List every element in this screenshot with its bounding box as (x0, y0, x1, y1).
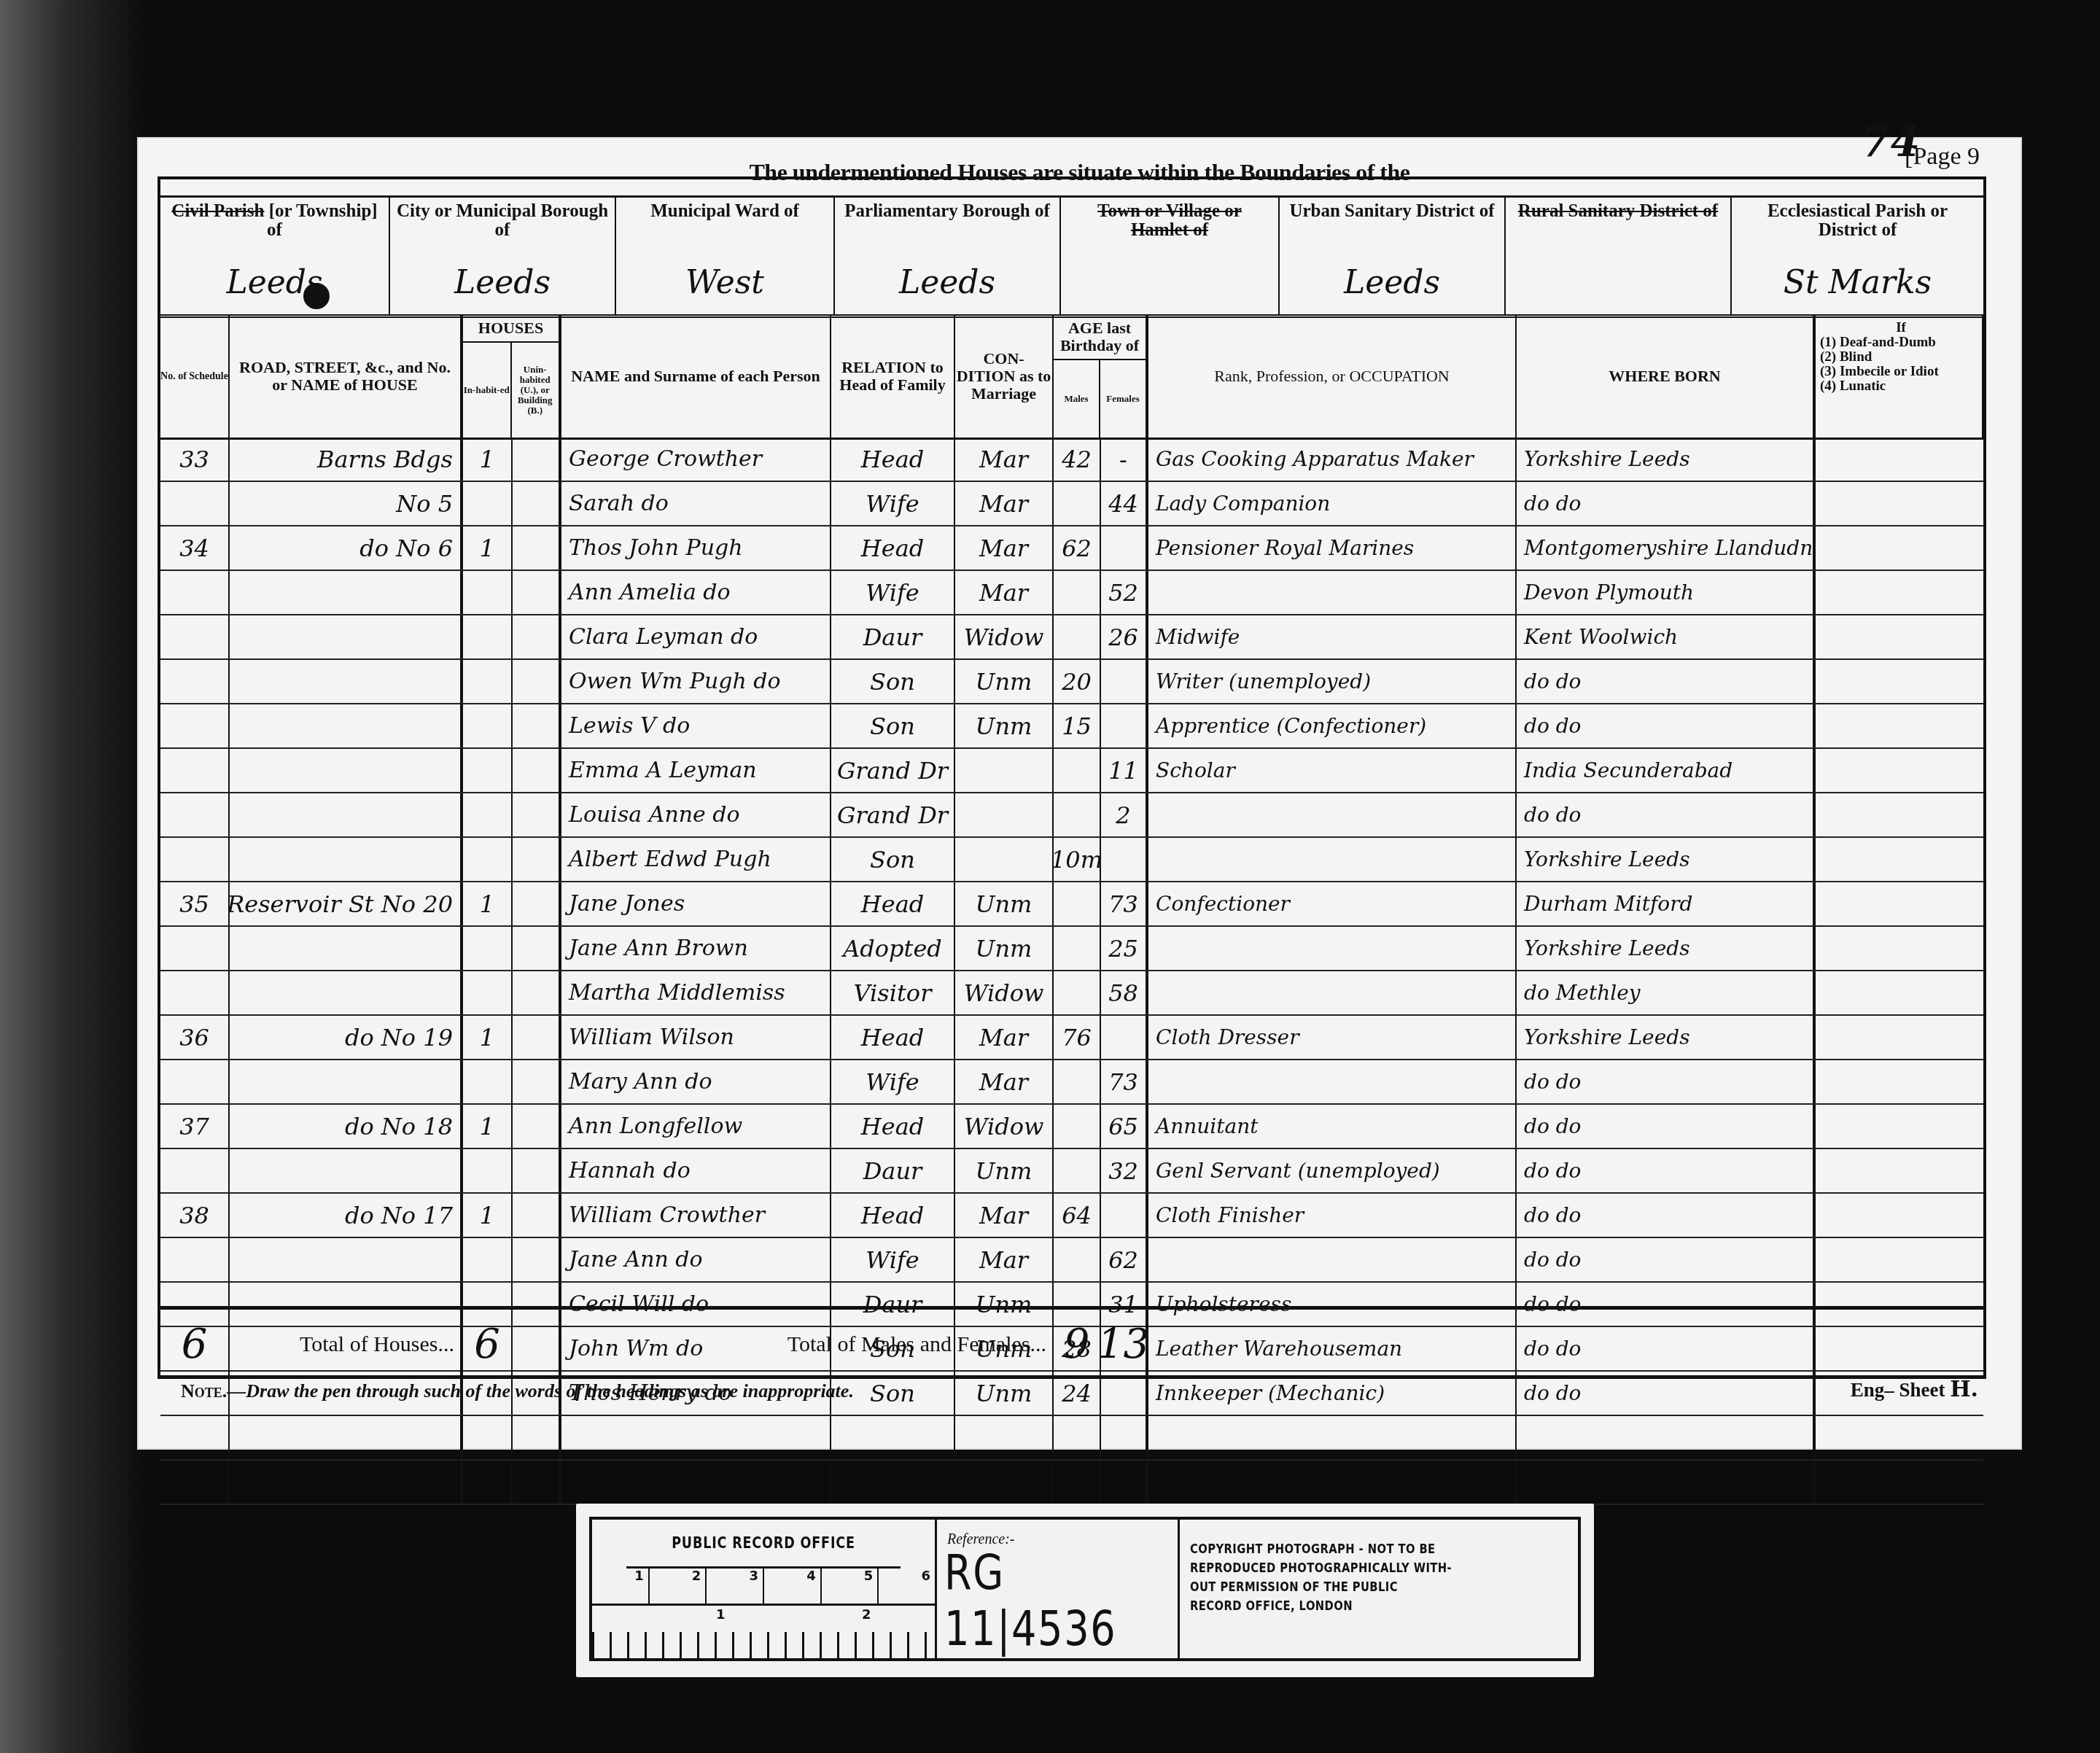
schedule-cell (160, 615, 230, 658)
relation-cell: Son (831, 660, 955, 703)
uninhabited-cell (513, 482, 561, 525)
measurement-ruler: 1 2 (592, 1606, 935, 1658)
stamp-frame: PUBLIC RECORD OFFICE 123456 1 2 Referenc… (589, 1517, 1581, 1661)
address-cell: Reservoir St No 20 (230, 882, 463, 925)
male-age-cell (1054, 1060, 1101, 1103)
schedule-cell (160, 1238, 230, 1281)
uninhabited-cell (513, 1194, 561, 1237)
male-age-cell (1054, 1416, 1101, 1459)
address-cell (230, 704, 463, 747)
copyright-notice: COPYRIGHT PHOTOGRAPH - NOT TO BE REPRODU… (1180, 1520, 1578, 1658)
pro-number-boxes: 123456 (592, 1569, 935, 1606)
pro-box: 1 (592, 1569, 650, 1604)
male-age-cell (1054, 793, 1101, 836)
infirmity-cell (1816, 838, 1983, 881)
female-age-cell (1101, 704, 1148, 747)
totals-houses-label: Total of Houses... (230, 1310, 463, 1379)
where-born-cell: do do (1517, 1060, 1816, 1103)
uninhabited-cell (513, 660, 561, 703)
pro-box: 4 (764, 1569, 822, 1604)
header-where-born: WHERE BORN (1517, 315, 1816, 438)
name-cell: George Crowther (561, 438, 831, 481)
where-born-cell: Durham Mitford (1517, 882, 1816, 925)
relation-cell: Daur (831, 615, 955, 658)
uninhabited-cell (513, 927, 561, 970)
female-age-cell (1101, 1016, 1148, 1059)
male-age-cell (1054, 1149, 1101, 1192)
address-cell (230, 1060, 463, 1103)
male-age-cell: 20 (1054, 660, 1101, 703)
header-label: NAME and Surname of each Person (571, 368, 820, 385)
inhabited-cell (463, 660, 513, 703)
where-born-cell: do do (1517, 482, 1816, 525)
name-cell: Clara Leyman do (561, 615, 831, 658)
address-cell: No 5 (230, 482, 463, 525)
address-cell (230, 615, 463, 658)
name-cell: William Wilson (561, 1016, 831, 1059)
infirmity-option: (3) Imbecile or Idiot (1820, 365, 1939, 379)
infirmity-cell (1816, 660, 1983, 703)
address-cell (230, 749, 463, 792)
male-age-cell: 76 (1054, 1016, 1101, 1059)
occupation-cell (1148, 1461, 1517, 1504)
name-cell: Ann Amelia do (561, 571, 831, 614)
uninhabited-cell (513, 526, 561, 570)
inhabited-cell: 1 (463, 526, 513, 570)
table-row: Louisa Anne doGrand Dr2do do (160, 793, 1983, 838)
struck-label: Civil Parish (171, 201, 264, 221)
table-row: 37do No 181Ann LongfellowHeadWidow65Annu… (160, 1105, 1983, 1149)
female-age-cell: 58 (1101, 971, 1148, 1014)
male-age-cell (1054, 571, 1101, 614)
male-age-cell: 62 (1054, 526, 1101, 570)
header-relation: RELATION to Head of Family (831, 315, 955, 438)
address-cell (230, 1461, 463, 1504)
header-label: AGE last Birthday of (1054, 315, 1146, 359)
schedule-cell (160, 793, 230, 836)
relation-cell: Head (831, 526, 955, 570)
where-born-cell: Devon Plymouth (1517, 571, 1816, 614)
schedule-cell (160, 1416, 230, 1459)
relation-cell: Grand Dr (831, 793, 955, 836)
name-cell: Sarah do (561, 482, 831, 525)
uninhabited-cell (513, 1149, 561, 1192)
inhabited-cell (463, 482, 513, 525)
header-label: WHERE BORN (1609, 368, 1720, 385)
infirmity-cell (1816, 749, 1983, 792)
uninhabited-cell (513, 1105, 561, 1148)
district-label: Municipal Ward of (622, 202, 828, 221)
where-born-cell: do do (1517, 793, 1816, 836)
male-age-cell (1054, 1105, 1101, 1148)
relation-cell: Adopted (831, 927, 955, 970)
uninhabited-cell (513, 1416, 561, 1459)
table-row: Albert Edwd PughSon10mYorkshire Leeds (160, 838, 1983, 882)
relation-cell: Head (831, 1194, 955, 1237)
inhabited-cell: 1 (463, 438, 513, 481)
male-age-cell (1054, 482, 1101, 525)
relation-cell (831, 1461, 955, 1504)
district-civil-parish: Civil Parish [or Township] of Leeds (160, 198, 390, 314)
inhabited-cell (463, 1238, 513, 1281)
where-born-cell: do do (1517, 1149, 1816, 1192)
table-row: Hannah doDaurUnm32Genl Servant (unemploy… (160, 1149, 1983, 1194)
table-row: Emma A LeymanGrand Dr11ScholarIndia Secu… (160, 749, 1983, 793)
pro-box: 3 (707, 1569, 764, 1604)
name-cell: Hannah do (561, 1149, 831, 1192)
district-label: Urban Sanitary District of (1286, 202, 1498, 221)
office-title: PUBLIC RECORD OFFICE (626, 1520, 901, 1569)
infirmity-cell (1816, 526, 1983, 570)
inhabited-cell: 1 (463, 1016, 513, 1059)
occupation-cell: Annuitant (1148, 1105, 1517, 1148)
inhabited-cell: 1 (463, 1194, 513, 1237)
occupation-cell (1148, 571, 1517, 614)
copyright-line: COPYRIGHT PHOTOGRAPH - NOT TO BE (1190, 1540, 1500, 1559)
district-header: Civil Parish [or Township] of Leeds City… (160, 195, 1983, 318)
female-age-cell: 25 (1101, 927, 1148, 970)
condition-cell: Unm (955, 927, 1054, 970)
female-age-cell (1101, 838, 1148, 881)
inhabited-cell (463, 749, 513, 792)
age-subheaders: Males Females (1054, 359, 1146, 438)
header-condition: CON-DITION as to Marriage (955, 315, 1054, 438)
header-females: Females (1100, 360, 1146, 438)
sheet-letter: H. (1950, 1377, 1978, 1402)
where-born-cell: do do (1517, 1238, 1816, 1281)
table-row: 33Barns Bdgs1George CrowtherHeadMar42-Ga… (160, 438, 1983, 482)
occupation-cell: Apprentice (Confectioner) (1148, 704, 1517, 747)
district-value: Leeds (1280, 264, 1504, 301)
relation-cell: Wife (831, 482, 955, 525)
schedule-cell (160, 482, 230, 525)
condition-cell: Unm (955, 882, 1054, 925)
condition-cell: Unm (955, 704, 1054, 747)
district-label: City or Municipal Borough of (396, 202, 609, 240)
inhabited-cell (463, 838, 513, 881)
pro-box: 6 (879, 1569, 935, 1604)
where-born-cell (1517, 1461, 1816, 1504)
condition-cell: Mar (955, 526, 1054, 570)
totals-females: 13 (1101, 1310, 1148, 1379)
schedule-cell (160, 838, 230, 881)
header-inhabited: In-habit-ed (463, 343, 512, 438)
infirmity-cell (1816, 1016, 1983, 1059)
district-ecclesiastical-parish: Ecclesiastical Parish or District of St … (1732, 198, 1983, 314)
uninhabited-cell (513, 1461, 561, 1504)
district-label: [or Township] of (267, 201, 378, 240)
inhabited-cell (463, 704, 513, 747)
uninhabited-cell (513, 1016, 561, 1059)
schedule-cell (160, 571, 230, 614)
name-cell: Martha Middlemiss (561, 971, 831, 1014)
table-row: Ann Amelia doWifeMar52Devon Plymouth (160, 571, 1983, 615)
female-age-cell (1101, 1461, 1148, 1504)
schedule-cell (160, 971, 230, 1014)
occupation-cell: Writer (unemployed) (1148, 660, 1517, 703)
header-address: ROAD, STREET, &c., and No. or NAME of HO… (230, 315, 463, 438)
address-cell (230, 971, 463, 1014)
schedule-cell (160, 660, 230, 703)
uninhabited-cell (513, 793, 561, 836)
reference-value: RG 11|4536 (944, 1544, 1135, 1657)
uninhabited-cell (513, 704, 561, 747)
totals-row: 6 Total of Houses... 6 Total of Males an… (160, 1306, 1983, 1379)
infirmity-cell (1816, 793, 1983, 836)
table-row: Jane Ann BrownAdoptedUnm25Yorkshire Leed… (160, 927, 1983, 971)
infirmity-cell (1816, 1416, 1983, 1459)
header-label: ROAD, STREET, &c., and No. or NAME of HO… (230, 359, 460, 394)
relation-cell: Head (831, 1105, 955, 1148)
address-cell: Barns Bdgs (230, 438, 463, 481)
district-value: West (616, 264, 833, 301)
uninhabited-cell (513, 615, 561, 658)
schedule-cell (160, 1060, 230, 1103)
inhabited-cell (463, 1416, 513, 1459)
inhabited-cell (463, 793, 513, 836)
occupation-cell: Gas Cooking Apparatus Maker (1148, 438, 1517, 481)
females-total: 13 (1097, 1321, 1149, 1368)
header-houses: HOUSES In-habit-ed Unin-habited (U.), or… (463, 315, 561, 438)
sheet-text: Eng– Sheet (1851, 1379, 1945, 1401)
census-table: Civil Parish [or Township] of Leeds City… (157, 176, 1986, 1379)
male-age-cell: 64 (1054, 1194, 1101, 1237)
relation-cell: Head (831, 1016, 955, 1059)
table-row: No 5Sarah doWifeMar44Lady Companiondo do (160, 482, 1983, 526)
totals-blank (1148, 1310, 1983, 1379)
relation-cell: Wife (831, 571, 955, 614)
district-parliamentary-borough: Parliamentary Borough of Leeds (835, 198, 1061, 314)
uninhabited-cell (513, 838, 561, 881)
inhabited-cell (463, 971, 513, 1014)
totals-persons-label: Total of Males and Females... (561, 1310, 1054, 1379)
name-cell: Lewis V do (561, 704, 831, 747)
district-value: Leeds (160, 264, 389, 301)
infirmity-cell (1816, 704, 1983, 747)
schedule-cell (160, 1461, 230, 1504)
district-label: Rural Sanitary District of (1512, 202, 1724, 221)
where-born-cell: Yorkshire Leeds (1517, 438, 1816, 481)
infirmity-cell (1816, 1238, 1983, 1281)
address-cell: do No 17 (230, 1194, 463, 1237)
occupation-cell: Midwife (1148, 615, 1517, 658)
relation-cell: Daur (831, 1149, 955, 1192)
district-town-village: Town or Village or Hamlet of (1061, 198, 1280, 314)
infirmity-cell (1816, 882, 1983, 925)
address-cell: do No 6 (230, 526, 463, 570)
occupation-cell: Genl Servant (unemployed) (1148, 1149, 1517, 1192)
district-urban-sanitary: Urban Sanitary District of Leeds (1280, 198, 1506, 314)
condition-cell (955, 838, 1054, 881)
occupation-cell (1148, 971, 1517, 1014)
infirmity-cell (1816, 1149, 1983, 1192)
table-row: 38do No 171William CrowtherHeadMar64Clot… (160, 1194, 1983, 1238)
occupation-cell (1148, 1416, 1517, 1459)
inhabited-cell (463, 615, 513, 658)
header-label: RELATION to Head of Family (831, 359, 954, 394)
infirmity-cell (1816, 1060, 1983, 1103)
name-cell: Albert Edwd Pugh (561, 838, 831, 881)
occupation-cell (1148, 1060, 1517, 1103)
female-age-cell: 52 (1101, 571, 1148, 614)
schedule-cell: 36 (160, 1016, 230, 1059)
relation-cell: Son (831, 838, 955, 881)
address-cell (230, 660, 463, 703)
table-row: Martha MiddlemissVisitorWidow58do Methle… (160, 971, 1983, 1016)
female-age-cell: 2 (1101, 793, 1148, 836)
infirmity-cell (1816, 438, 1983, 481)
note-prefix: Note. (181, 1380, 227, 1402)
occupation-cell (1148, 838, 1517, 881)
male-age-cell: 15 (1054, 704, 1101, 747)
address-cell (230, 1149, 463, 1192)
female-age-cell (1101, 526, 1148, 570)
uninhabited-cell (513, 882, 561, 925)
infirmity-cell (1816, 927, 1983, 970)
where-born-cell (1517, 1416, 1816, 1459)
header-age: AGE last Birthday of Males Females (1054, 315, 1148, 438)
where-born-cell: do Methley (1517, 971, 1816, 1014)
name-cell (561, 1416, 831, 1459)
male-age-cell (1054, 882, 1101, 925)
relation-cell: Son (831, 704, 955, 747)
name-cell: Jane Jones (561, 882, 831, 925)
uninhabited-cell (513, 1060, 561, 1103)
address-cell (230, 838, 463, 881)
header-label: CON-DITION as to Marriage (955, 350, 1052, 403)
district-value: Leeds (390, 264, 615, 301)
male-age-cell (1054, 1461, 1101, 1504)
houses-label: Total of Houses... (300, 1332, 454, 1357)
ruler-mark: 1 (716, 1607, 726, 1622)
address-cell (230, 793, 463, 836)
name-cell (561, 1461, 831, 1504)
address-cell (230, 927, 463, 970)
condition-cell: Unm (955, 660, 1054, 703)
infirmity-cell (1816, 1194, 1983, 1237)
infirmity-cell (1816, 1105, 1983, 1148)
condition-cell: Mar (955, 482, 1054, 525)
where-born-cell: do do (1517, 1194, 1816, 1237)
female-age-cell: - (1101, 438, 1148, 481)
males-total: 9 (1064, 1321, 1090, 1368)
infirmity-cell (1816, 571, 1983, 614)
district-label: Ecclesiastical Parish or District of (1738, 202, 1977, 240)
table-row: Lewis V doSonUnm15Apprentice (Confection… (160, 704, 1983, 749)
name-cell: Mary Ann do (561, 1060, 831, 1103)
table-row: Jane Ann doWifeMar62do do (160, 1238, 1983, 1283)
relation-cell: Head (831, 438, 955, 481)
male-age-cell (1054, 749, 1101, 792)
address-cell (230, 1238, 463, 1281)
condition-cell (955, 1416, 1054, 1459)
male-age-cell (1054, 927, 1101, 970)
where-born-cell: do do (1517, 704, 1816, 747)
female-age-cell (1101, 1416, 1148, 1459)
condition-cell: Mar (955, 438, 1054, 481)
male-age-cell (1054, 971, 1101, 1014)
address-cell (230, 571, 463, 614)
header-label: No. of Schedule (160, 371, 228, 382)
header-label: Rank, Profession, or OCCUPATION (1214, 368, 1449, 385)
occupation-cell (1148, 1238, 1517, 1281)
header-occupation: Rank, Profession, or OCCUPATION (1148, 315, 1517, 438)
condition-cell: Widow (955, 615, 1054, 658)
relation-cell: Head (831, 882, 955, 925)
infirmity-cell (1816, 971, 1983, 1014)
name-cell: Thos John Pugh (561, 526, 831, 570)
schedule-cell: 34 (160, 526, 230, 570)
table-row: 34do No 61Thos John PughHeadMar62Pension… (160, 526, 1983, 571)
female-age-cell: 32 (1101, 1149, 1148, 1192)
infirmity-option: (4) Lunatic (1820, 379, 1886, 394)
condition-cell: Mar (955, 1016, 1054, 1059)
female-age-cell: 44 (1101, 482, 1148, 525)
occupation-cell: Cloth Dresser (1148, 1016, 1517, 1059)
uninhabited-cell (513, 571, 561, 614)
infirmity-cell (1816, 1461, 1983, 1504)
persons-label: Total of Males and Females... (787, 1332, 1046, 1357)
female-age-cell (1101, 1194, 1148, 1237)
totals-margin-mark: 6 (160, 1310, 230, 1379)
pro-box: 2 (650, 1569, 707, 1604)
header-label: HOUSES (478, 315, 543, 341)
header-males: Males (1054, 360, 1100, 438)
margin-mark: 6 (182, 1321, 208, 1368)
male-age-cell: 10m (1054, 838, 1101, 881)
female-age-cell: 73 (1101, 882, 1148, 925)
ink-blot (303, 283, 330, 309)
inhabited-cell (463, 1060, 513, 1103)
uninhabited-cell (513, 749, 561, 792)
name-cell: Emma A Leyman (561, 749, 831, 792)
female-age-cell: 73 (1101, 1060, 1148, 1103)
infirmity-option: (2) Blind (1820, 350, 1872, 365)
male-age-cell (1054, 615, 1101, 658)
address-cell: do No 18 (230, 1105, 463, 1148)
inhabited-cell: 1 (463, 882, 513, 925)
schedule-cell: 38 (160, 1194, 230, 1237)
inhabited-cell: 1 (463, 1105, 513, 1148)
relation-cell: Wife (831, 1060, 955, 1103)
census-page: 74 [Page 9 The undermentioned Houses are… (137, 137, 2022, 1450)
district-municipal-ward: Municipal Ward of West (616, 198, 835, 314)
uninhabited-cell (513, 971, 561, 1014)
address-cell (230, 1416, 463, 1459)
schedule-cell (160, 1149, 230, 1192)
schedule-cell: 35 (160, 882, 230, 925)
schedule-cell (160, 704, 230, 747)
table-row: Clara Leyman doDaurWidow26MidwifeKent Wo… (160, 615, 1983, 660)
occupation-cell: Pensioner Royal Marines (1148, 526, 1517, 570)
houses-value: 6 (474, 1321, 500, 1368)
sheet-label: Eng– Sheet H. (1851, 1377, 1978, 1402)
schedule-cell (160, 927, 230, 970)
condition-cell: Widow (955, 1105, 1054, 1148)
totals-houses-value: 6 (463, 1310, 513, 1379)
where-born-cell: Yorkshire Leeds (1517, 838, 1816, 881)
infirmity-option: (1) Deaf-and-Dumb (1820, 335, 1936, 350)
female-age-cell: 65 (1101, 1105, 1148, 1148)
schedule-cell (160, 749, 230, 792)
male-age-cell: 42 (1054, 438, 1101, 481)
name-cell: Jane Ann do (561, 1238, 831, 1281)
name-cell: Jane Ann Brown (561, 927, 831, 970)
female-age-cell (1101, 660, 1148, 703)
inhabited-cell (463, 1461, 513, 1504)
table-row: Owen Wm Pugh doSonUnm20Writer (unemploye… (160, 660, 1983, 704)
name-cell: William Crowther (561, 1194, 831, 1237)
